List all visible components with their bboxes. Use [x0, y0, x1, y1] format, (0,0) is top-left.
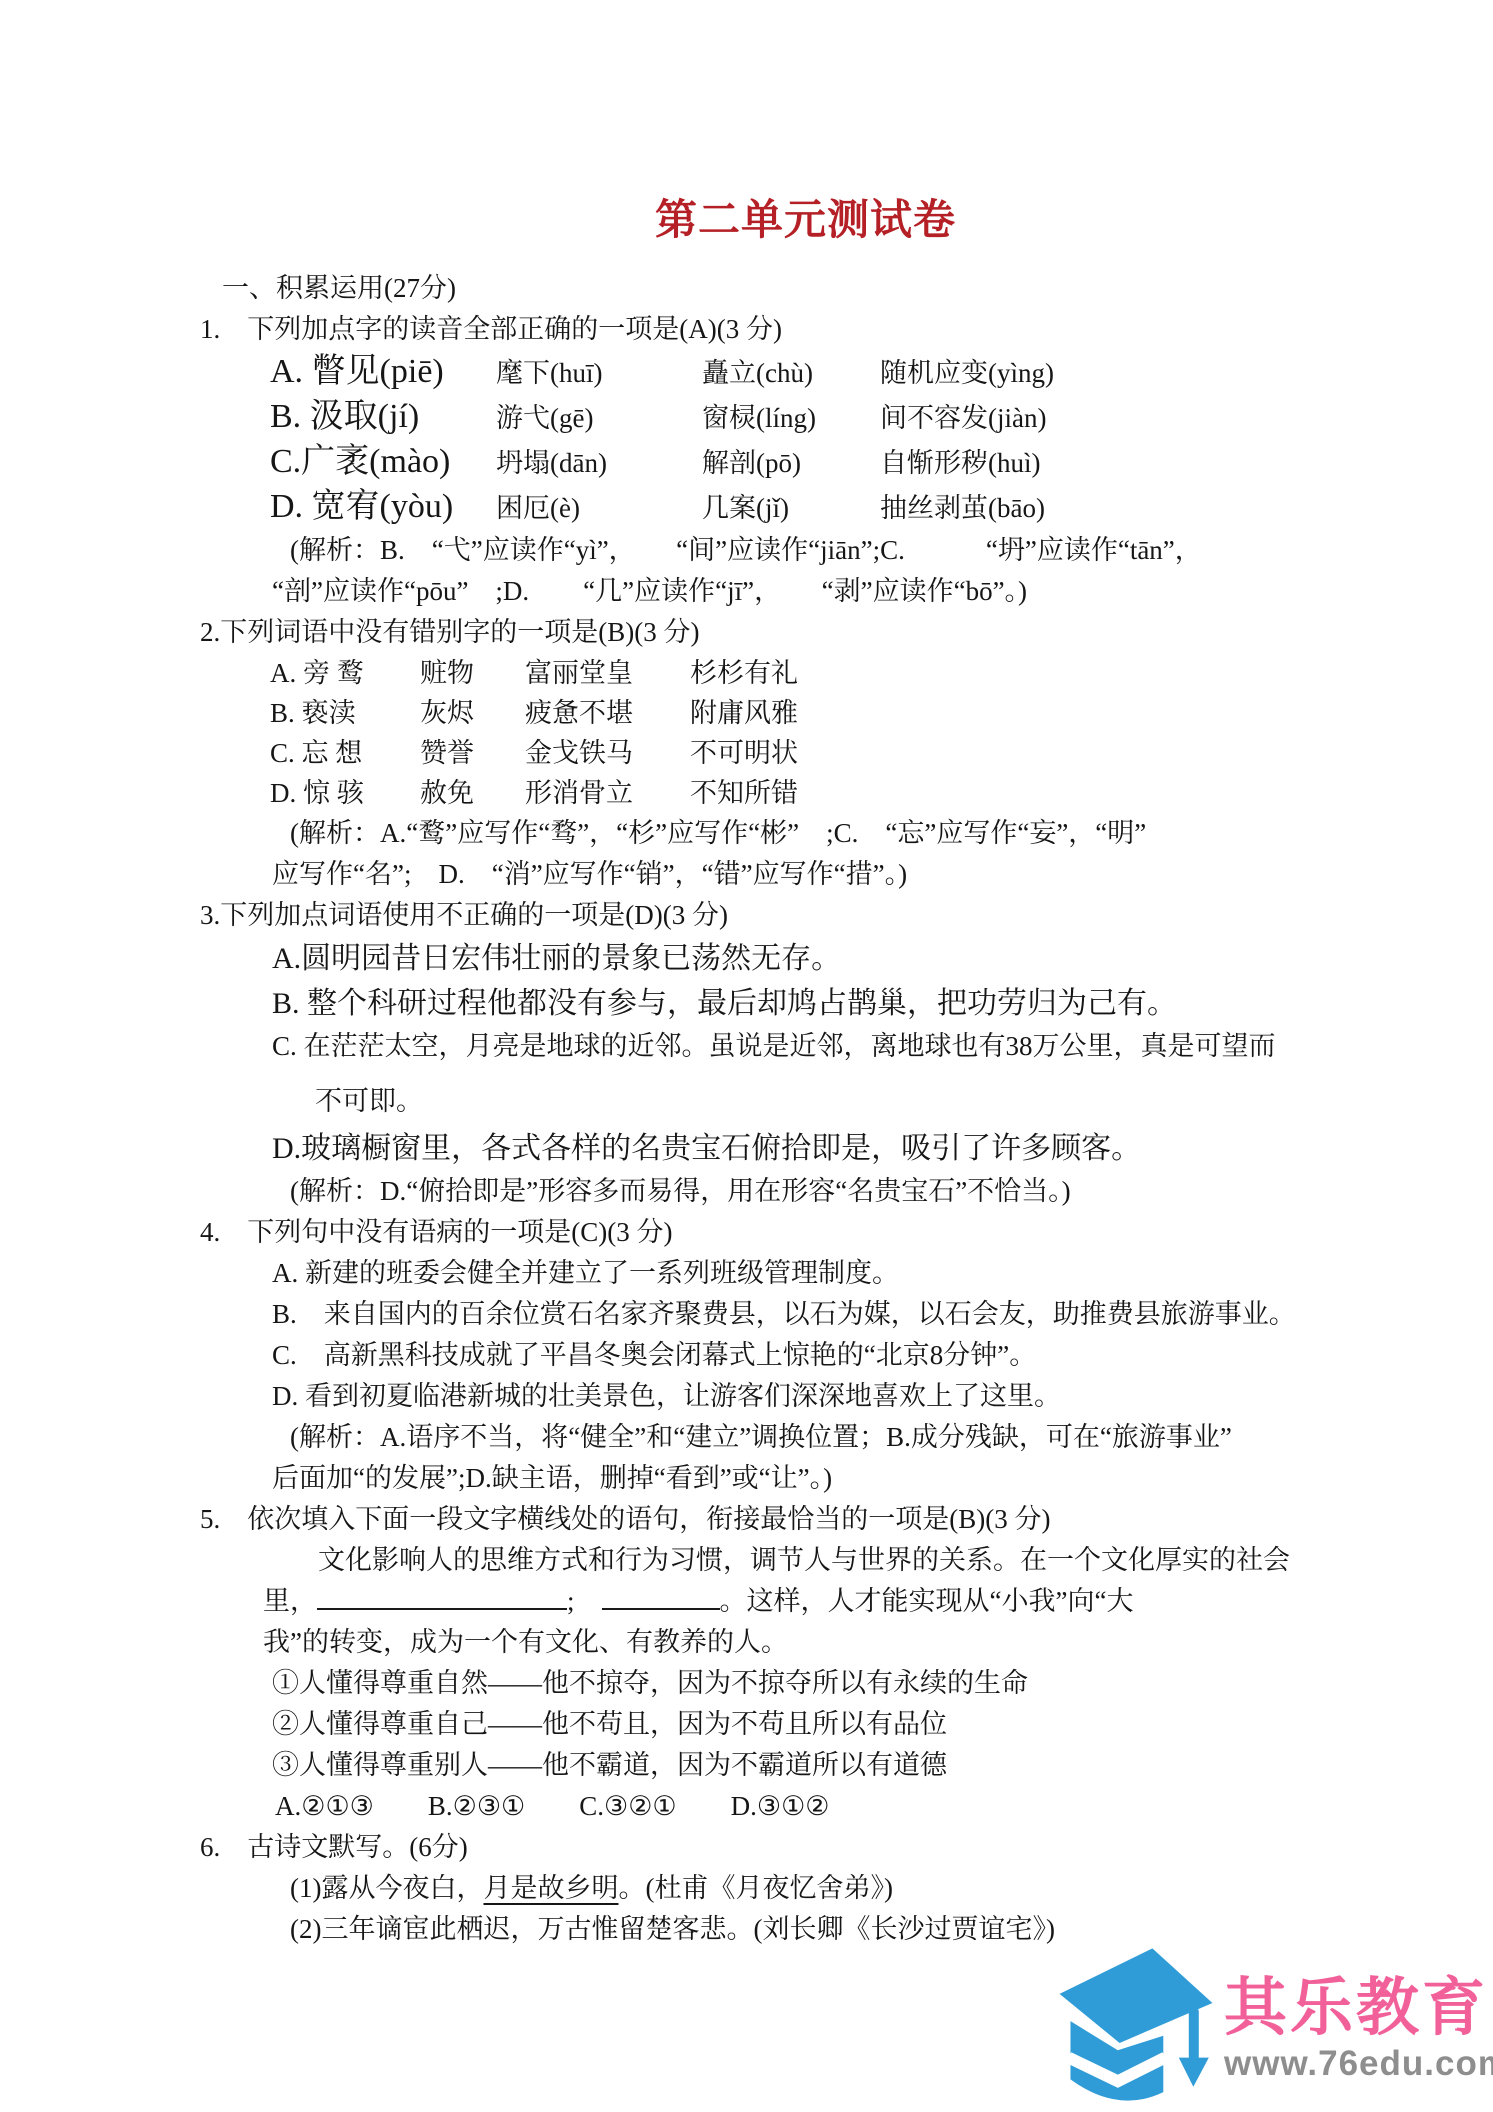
question-3: 3.下列加点词语使用不正确的一项是(D)(3 分) — [200, 895, 1343, 936]
word-item: 不知所错 — [690, 773, 798, 813]
word-item: 富丽堂皇 — [525, 653, 690, 693]
q5-passage-3: 我”的转变，成为一个有文化、有教养的人。 — [263, 1622, 1343, 1663]
word-item: D. 惊 骇 — [270, 773, 420, 813]
word-item: 不可明状 — [690, 733, 798, 773]
q1-option-d: D. 宽宥(yòu)困厄(è)几案(jǐ)抽丝剥茧(bāo) — [270, 485, 1343, 530]
word-item: 解剖(pō) — [702, 441, 880, 485]
document-content: 一、积累运用(27分)1. 下列加点字的读音全部正确的一项是(A)(3 分)A.… — [200, 268, 1343, 1950]
q1-analysis-1: (解析：B. “弋”应读作“yì”， “间”应读作“jiān”;C. “坍”应读… — [290, 530, 1343, 571]
word-item: 赃物 — [420, 653, 525, 693]
text-segment: 里， — [263, 1586, 317, 1616]
q5-answer-choices: A.②①③ B.②③① C.③②① D.③①② — [275, 1786, 1343, 1827]
word-item: 间不容发(jiàn) — [880, 396, 1046, 440]
word-item: 灰烬 — [420, 693, 525, 733]
question-2: 2.下列词语中没有错别字的一项是(B)(3 分) — [200, 612, 1343, 653]
word-item: 困厄(è) — [496, 486, 702, 530]
blank-line — [602, 1584, 720, 1610]
q2-analysis-2: 应写作“名”; D. “消”应写作“销”，“错”应写作“措”。) — [272, 854, 1343, 895]
word-item: 矗立(chù) — [702, 351, 880, 395]
q5-passage-1: 文化影响人的思维方式和行为习惯，调节人与世界的关系。在一个文化厚实的社会 — [318, 1540, 1343, 1581]
word-item: 几案(jǐ) — [702, 486, 880, 530]
word-item: A. 瞥见(piē) — [270, 350, 496, 394]
q1-analysis-2: “剖”应读作“pōu” ;D. “几”应读作“jī”， “剥”应读作“bō”。) — [272, 571, 1343, 612]
word-item: 赦免 — [420, 773, 525, 813]
question-1: 1. 下列加点字的读音全部正确的一项是(A)(3 分) — [200, 309, 1343, 350]
q3-option-c: C. 在茫茫太空，月亮是地球的近邻。虽说是近邻，离地球也有38万公里，真是可望而 — [272, 1026, 1343, 1067]
word-item: 随机应变(yìng) — [880, 351, 1054, 395]
q4-option-c: C. 高新黑科技成就了平昌冬奥会闭幕式上惊艳的“北京8分钟”。 — [272, 1335, 1343, 1376]
word-item: B. 亵渎 — [270, 693, 420, 733]
test-paper-page: 第二单元测试卷 一、积累运用(27分)1. 下列加点字的读音全部正确的一项是(A… — [0, 0, 1493, 2112]
q2-analysis-1: (解析：A.“鹜”应写作“骛”，“杉”应写作“彬” ;C. “忘”应写作“妄”，… — [290, 813, 1343, 854]
word-item: 游弋(gē) — [496, 396, 702, 440]
site-url: www.76edu.com — [1224, 2044, 1493, 2084]
q3-option-a: A.圆明园昔日宏伟壮丽的景象已荡然无存。 — [272, 936, 1343, 981]
q4-option-b: B. 来自国内的百余位赏石名家齐聚费县，以石为媒，以石会友，助推费县旅游事业。 — [272, 1294, 1343, 1335]
logo-text: 其乐教育 www.76edu.com — [1224, 1972, 1493, 2084]
q3-option-d: D.玻璃橱窗里，各式各样的名贵宝石俯拾即是，吸引了许多顾客。 — [272, 1126, 1343, 1171]
site-logo: 其乐教育 www.76edu.com — [1052, 1932, 1493, 2112]
text-segment: (1)露从今夜白， — [290, 1873, 483, 1903]
q3-option-c-cont: 不可即。 — [315, 1067, 1343, 1126]
text-segment: ; — [567, 1586, 602, 1616]
q2-option-c: C. 忘 想赞誉金戈铁马不可明状 — [270, 733, 1343, 773]
q4-option-a: A. 新建的班委会健全并建立了一系列班级管理制度。 — [272, 1253, 1343, 1294]
q4-analysis-1: (解析：A.语序不当，将“健全”和“建立”调换位置；B.成分残缺，可在“旅游事业… — [290, 1417, 1343, 1458]
q6-line-1: (1)露从今夜白，月是故乡明。(杜甫《月夜忆舍弟》) — [290, 1868, 1343, 1909]
q5-item-2: ②人懂得尊重自己——他不苟且，因为不苟且所以有品位 — [272, 1704, 1343, 1745]
word-item: 疲惫不堪 — [525, 693, 690, 733]
word-item: 赞誉 — [420, 733, 525, 773]
underlined-answer: 月是故乡明 — [483, 1873, 618, 1903]
word-item: 抽丝剥茧(bāo) — [880, 486, 1045, 530]
q5-passage-2: 里，; 。这样，人才能实现从“小我”向“大 — [263, 1581, 1343, 1622]
q4-option-d: D. 看到初夏临港新城的壮美景色，让游客们深深地喜欢上了这里。 — [272, 1376, 1343, 1417]
word-item: 自惭形秽(huì) — [880, 441, 1040, 485]
word-item: 附庸风雅 — [690, 693, 798, 733]
graduation-cap-icon — [1052, 1932, 1220, 2112]
q5-item-1: ①人懂得尊重自然——他不掠夺，因为不掠夺所以有永续的生命 — [272, 1663, 1343, 1704]
word-item: 形消骨立 — [525, 773, 690, 813]
word-item: 麾下(huī) — [496, 351, 702, 395]
q1-option-a: A. 瞥见(piē)麾下(huī)矗立(chù)随机应变(yìng) — [270, 350, 1343, 395]
text-segment: 。(杜甫《月夜忆舍弟》) — [618, 1873, 892, 1903]
page-title: 第二单元测试卷 — [655, 196, 1343, 246]
word-item: A. 旁 鹜 — [270, 653, 420, 693]
blank-line — [317, 1584, 567, 1610]
word-item: C. 忘 想 — [270, 733, 420, 773]
section-1-heading: 一、积累运用(27分) — [222, 268, 1343, 309]
q2-option-d: D. 惊 骇赦免形消骨立不知所错 — [270, 773, 1343, 813]
document-content-wrap: 第二单元测试卷 一、积累运用(27分)1. 下列加点字的读音全部正确的一项是(A… — [0, 0, 1493, 1950]
q1-option-c: C.广袤(mào)坍塌(dān)解剖(pō)自惭形秽(huì) — [270, 440, 1343, 485]
q3-option-b: B. 整个科研过程他都没有参与，最后却鸠占鹊巢，把功劳归为己有。 — [272, 981, 1343, 1026]
word-item: 坍塌(dān) — [496, 441, 702, 485]
word-item: C.广袤(mào) — [270, 440, 496, 484]
question-5: 5. 依次填入下面一段文字横线处的语句，衔接最恰当的一项是(B)(3 分) — [200, 1499, 1343, 1540]
q1-option-b: B. 汲取(jí)游弋(gē)窗棂(líng)间不容发(jiàn) — [270, 395, 1343, 440]
question-4: 4. 下列句中没有语病的一项是(C)(3 分) — [200, 1212, 1343, 1253]
word-item: B. 汲取(jí) — [270, 395, 496, 439]
word-item: 杉杉有礼 — [690, 653, 798, 693]
text-segment: 。这样，人才能实现从“小我”向“大 — [720, 1586, 1134, 1616]
q5-item-3: ③人懂得尊重别人——他不霸道，因为不霸道所以有道德 — [272, 1745, 1343, 1786]
word-item: 金戈铁马 — [525, 733, 690, 773]
word-item: 窗棂(líng) — [702, 396, 880, 440]
question-6: 6. 古诗文默写。(6分) — [200, 1827, 1343, 1868]
q2-option-a: A. 旁 鹜赃物富丽堂皇杉杉有礼 — [270, 653, 1343, 693]
q3-analysis: (解析：D.“俯拾即是”形容多而易得，用在形容“名贵宝石”不恰当。) — [290, 1171, 1343, 1212]
brand-name: 其乐教育 — [1224, 1972, 1493, 2044]
q2-option-b: B. 亵渎灰烬疲惫不堪附庸风雅 — [270, 693, 1343, 733]
word-item: D. 宽宥(yòu) — [270, 485, 496, 529]
q4-analysis-2: 后面加“的发展”;D.缺主语，删掉“看到”或“让”。) — [272, 1458, 1343, 1499]
